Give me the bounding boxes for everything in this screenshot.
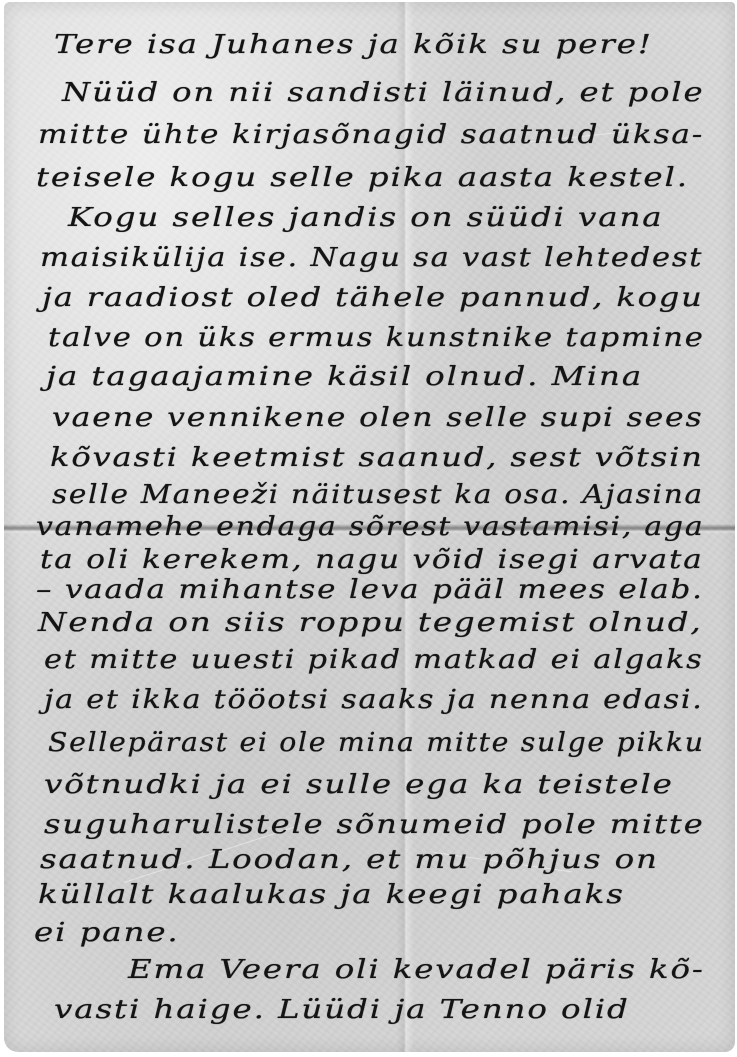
letter-line: vaene vennikene olen selle supi sees <box>52 405 704 431</box>
letter-line: selle Maneeži näitusest ka osa. Ajasina <box>52 482 704 508</box>
letter-line: teisele kogu selle pika aasta kestel. <box>36 165 689 191</box>
letter-body: Tere isa Juhanes ja kõik su pere! Nüüd o… <box>4 2 735 1052</box>
letter-line: ja tagaajamine käsil olnud. Mina <box>46 364 643 390</box>
letter-line: Nüüd on nii sandisti läinud, et pole <box>62 80 704 106</box>
letter-line: vanamehe endaga sõrest vastamisi, aga <box>36 514 704 540</box>
letter-line: Sellepärast ei ole mina mitte sulge pikk… <box>48 730 705 756</box>
letter-line: suguharulistele sõnumeid pole mitte <box>44 812 705 838</box>
letter-line: Nenda on siis roppu tegemist olnud, <box>38 610 703 636</box>
letter-line: Tere isa Juhanes ja kõik su pere! <box>54 32 653 58</box>
letter-line: ei pane. <box>34 920 180 946</box>
letter-line: Ema Veera oli kevadel päris kõ- <box>128 957 705 983</box>
letter-line: – vaada mihantse leva pääl mees elab. <box>36 577 704 603</box>
letter-line: küllalt kaalukas ja keegi pahaks <box>38 882 625 908</box>
letter-line: maisikülija ise. Nagu sa vast lehtedest <box>40 245 703 271</box>
letter-line: ja raadiost oled tähele pannud, kogu <box>42 285 704 311</box>
letter-line: ja et ikka tööotsi saaks ja nenna edasi. <box>44 687 704 713</box>
letter-line: Kogu selles jandis on süüdi vana <box>68 205 664 231</box>
letter-line: kõvasti keetmist saanud, sest võtsin <box>50 445 704 471</box>
letter-line: võtnudki ja ei sulle ega ka teistele <box>44 772 674 798</box>
letter-paper: Tere isa Juhanes ja kõik su pere! Nüüd o… <box>4 2 735 1052</box>
letter-line: vasti haige. Lüüdi ja Tenno olid <box>54 997 630 1023</box>
letter-line: talve on üks ermus kunstnike tapmine <box>48 325 705 351</box>
letter-line: ta oli kerekem, nagu võid isegi arvata <box>40 547 704 573</box>
letter-line: mitte ühte kirjasõnagid saatnud üksa- <box>38 122 704 148</box>
letter-line: et mitte uuesti pikad matkad ei algaks <box>44 647 704 673</box>
letter-line: saatnud. Loodan, et mu põhjus on <box>40 847 659 873</box>
